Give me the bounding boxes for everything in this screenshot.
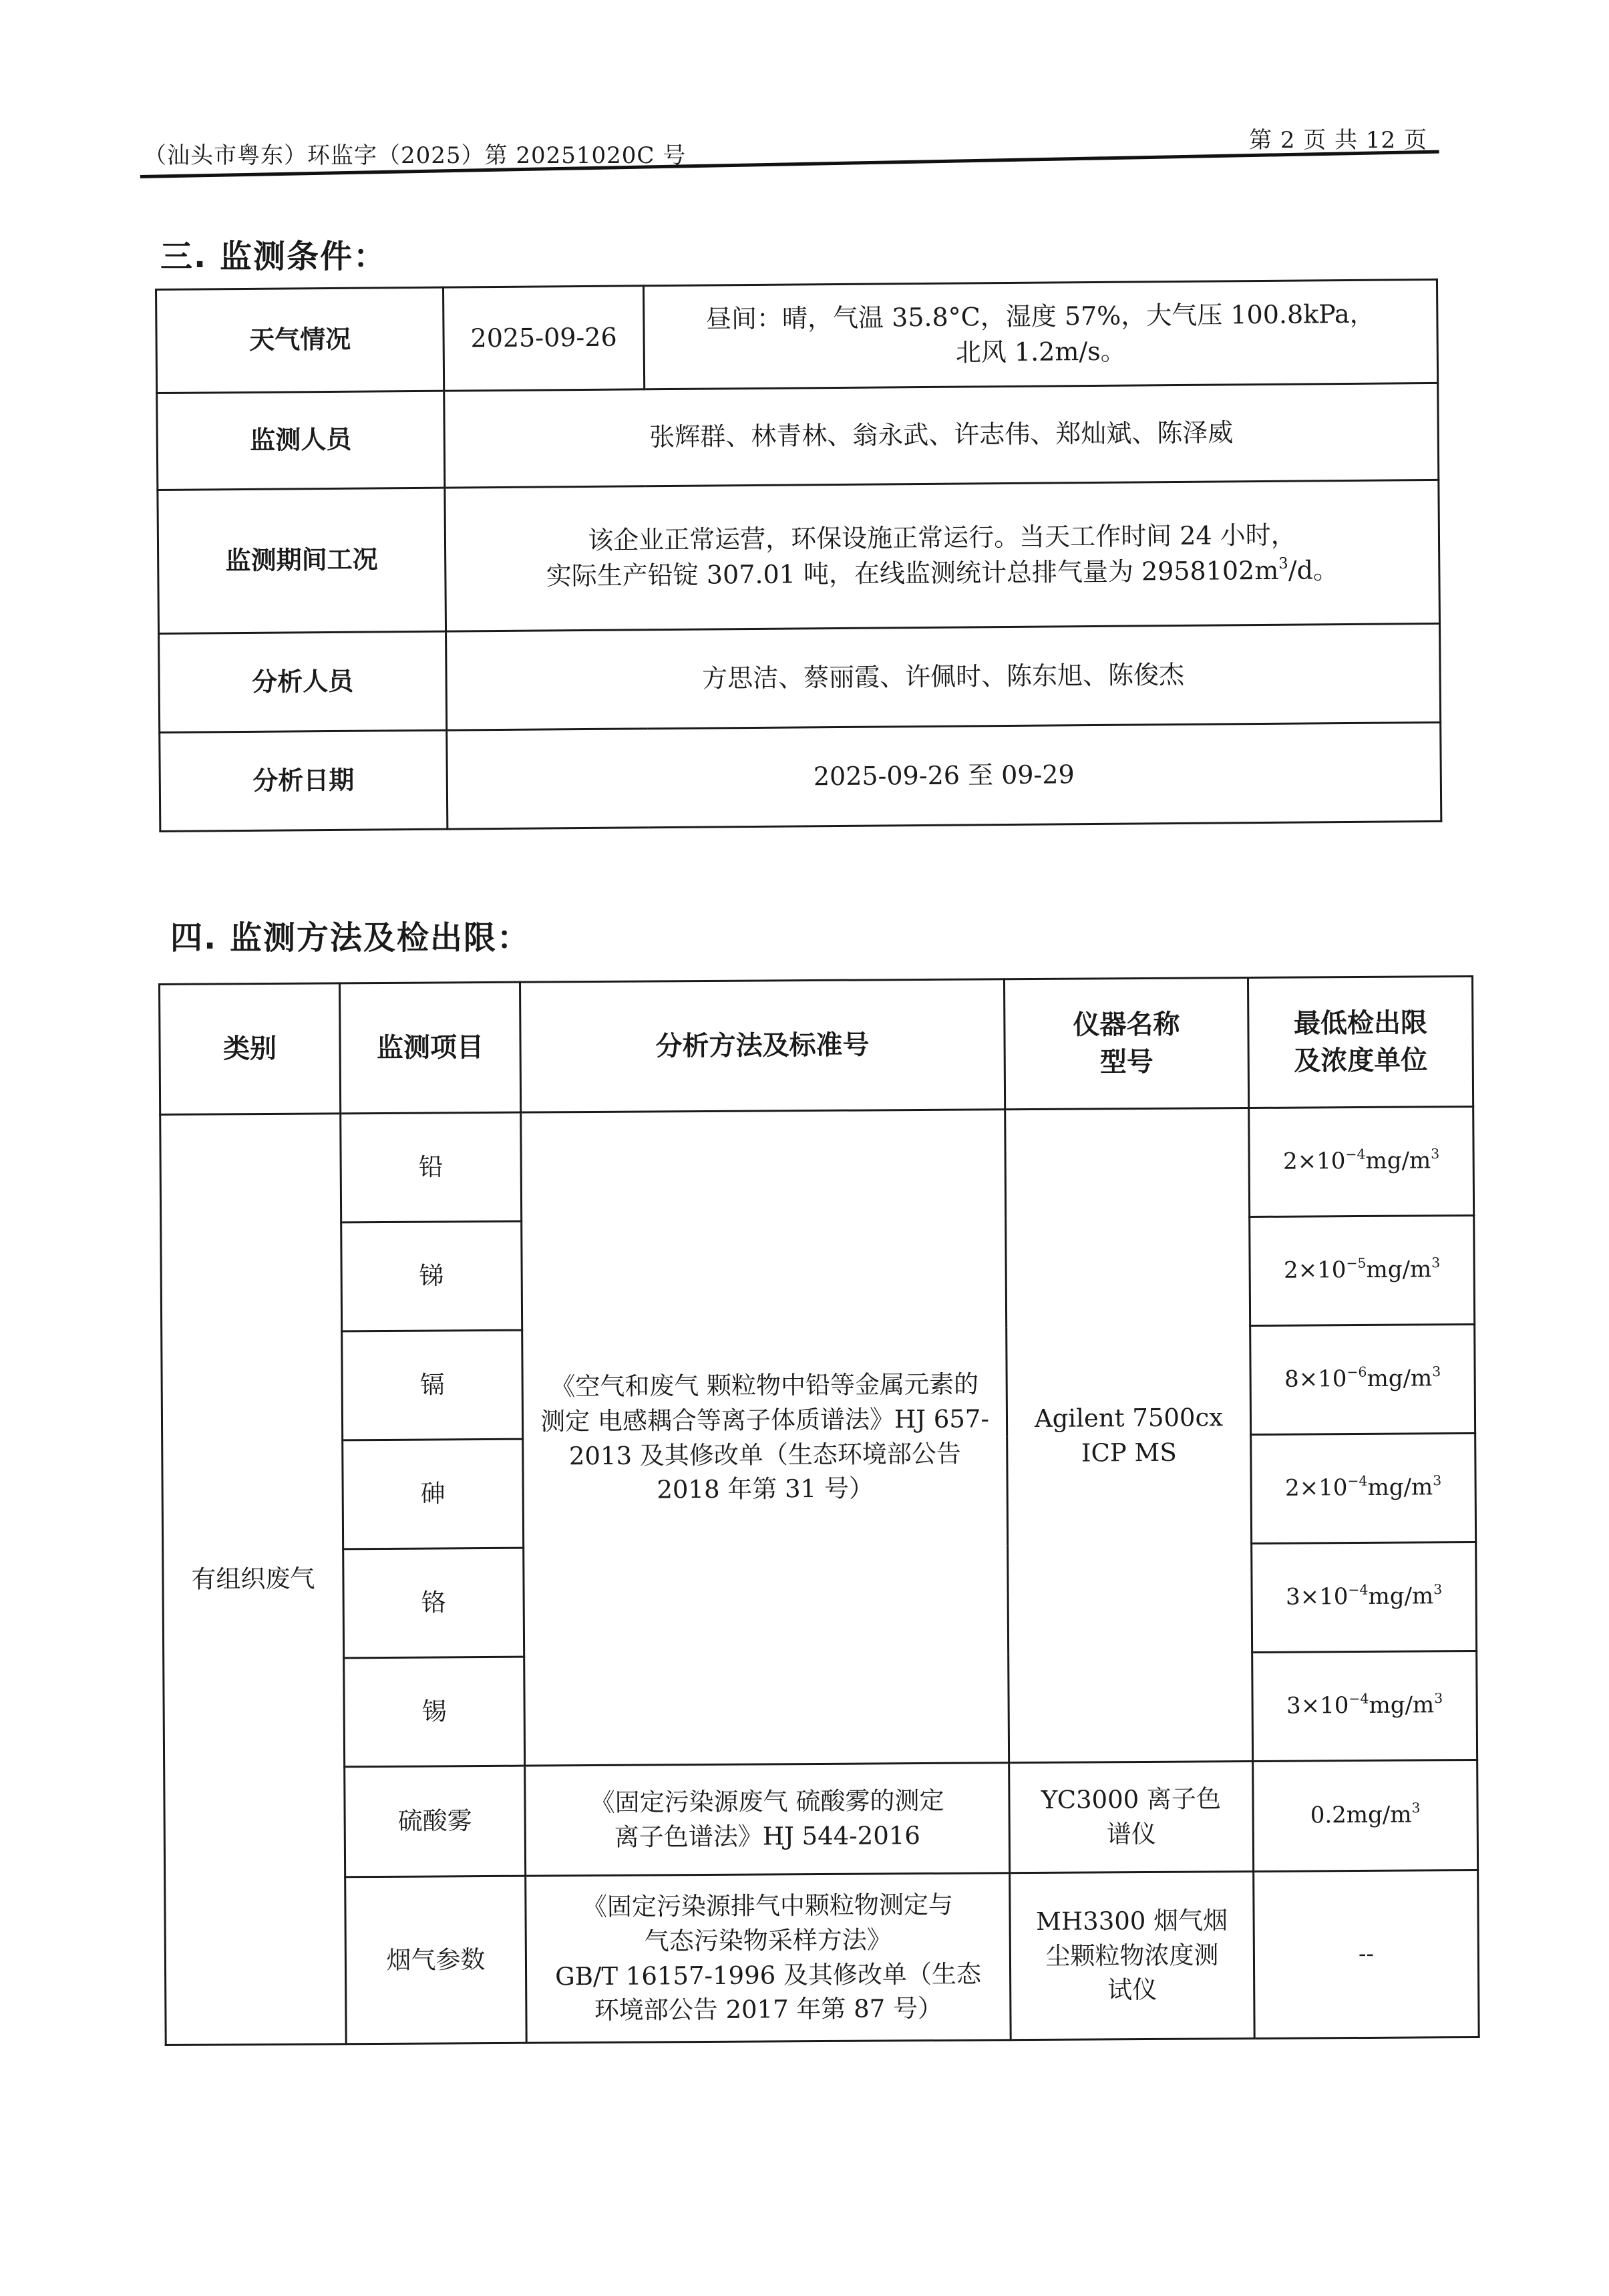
limit-cell: 2×10−4mg/m3	[1251, 1433, 1476, 1543]
header-method: 分析方法及标准号	[520, 979, 1005, 1112]
limit-exponent: −4	[1345, 1146, 1365, 1162]
operating-conditions-text: 该企业正常运营，环保设施正常运行。当天工作时间 24 小时， 实际生产铅锭 30…	[445, 480, 1440, 631]
sulfuric-method-cell: 《固定污染源废气 硫酸雾的测定 离子色谱法》HJ 544-2016	[525, 1763, 1010, 1876]
limit-cell: --	[1254, 1870, 1479, 2038]
method-line-1: 《固定污染源废气 硫酸雾的测定	[535, 1784, 999, 1821]
limit-exponent: −4	[1349, 1691, 1369, 1707]
method-line-1: 《固定污染源排气中颗粒物测定与	[536, 1887, 999, 1925]
analysis-staff-label: 分析人员	[159, 631, 447, 732]
header-limit-line-1: 最低检出限	[1258, 1004, 1462, 1043]
item-cell: 锑	[341, 1221, 522, 1331]
instrument-line-2: 谱仪	[1020, 1816, 1243, 1852]
instrument-line-1: YC3000 离子色	[1019, 1782, 1242, 1818]
category-cell: 有组织废气	[160, 1114, 347, 2045]
instrument-line-1: MH3300 烟气烟	[1020, 1903, 1243, 1939]
limit-coef: 2×10	[1284, 1257, 1347, 1284]
method-line-3: GB/T 16157-1996 及其修改单（生态	[536, 1957, 1000, 1994]
operating-line-2-text: 实际生产铅锭 307.01 吨，在线监测统计总排气量为 2958102m	[546, 556, 1279, 591]
limit-exponent: −6	[1347, 1364, 1367, 1380]
limit-unit: mg/m	[1368, 1583, 1433, 1611]
limit-exponent: −4	[1348, 1582, 1368, 1598]
header-limit-line-2: 及浓度单位	[1259, 1041, 1463, 1080]
table-row-flue-gas-parameters: 烟气参数 《固定污染源排气中颗粒物测定与 气态污染物采样方法》 GB/T 161…	[165, 1870, 1479, 2045]
unit-superscript: 3	[1434, 1690, 1443, 1706]
header-category: 类别	[160, 983, 341, 1115]
page-indicator: 第 2 页 共 12 页	[1249, 122, 1427, 154]
operating-line-2: 实际生产铅锭 307.01 吨，在线监测统计总排气量为 2958102m3/d。	[456, 552, 1429, 595]
limit-unit: mg/m	[1365, 1148, 1431, 1175]
item-cell: 铅	[341, 1112, 522, 1222]
sulfuric-instrument-cell: YC3000 离子色 谱仪	[1009, 1762, 1254, 1873]
limit-unit: mg/m	[1366, 1257, 1431, 1284]
limit-unit: mg/m	[1367, 1474, 1433, 1502]
limit-coef: 2×10	[1285, 1474, 1348, 1502]
unit-superscript: 3	[1432, 1363, 1441, 1379]
item-cell: 铬	[343, 1548, 524, 1658]
analysis-date-value: 2025-09-26 至 09-29	[447, 722, 1441, 829]
limit-coef: 8×10	[1284, 1365, 1347, 1393]
operating-conditions-label: 监测期间工况	[158, 488, 446, 633]
table-row-analysis-date: 分析日期 2025-09-26 至 09-29	[160, 722, 1441, 831]
header-instrument-line-2: 型号	[1015, 1043, 1238, 1082]
weather-date: 2025-09-26	[443, 286, 644, 391]
item-cell: 烟气参数	[345, 1876, 527, 2044]
document-number: （汕头市粤东）环监字（2025）第 20251020C 号	[144, 137, 686, 170]
item-cell: 镉	[342, 1330, 523, 1440]
metals-instrument-cell: Agilent 7500cx ICP MS	[1005, 1108, 1253, 1763]
limit-cell: 3×10−4mg/m3	[1252, 1542, 1477, 1652]
item-cell: 硫酸雾	[345, 1766, 526, 1877]
weather-line-2: 北风 1.2m/s。	[655, 331, 1427, 373]
monitoring-staff-label: 监测人员	[157, 391, 445, 490]
header-instrument-line-1: 仪器名称	[1015, 1005, 1238, 1044]
limit-coef: 2×10	[1283, 1148, 1346, 1175]
limit-cell: 8×10−6mg/m3	[1250, 1324, 1475, 1434]
table-header-row: 类别 监测项目 分析方法及标准号 仪器名称 型号 最低检出限 及浓度单位	[160, 976, 1473, 1114]
table-row-analysis-staff: 分析人员 方思洁、蔡丽霞、许佩时、陈东旭、陈俊杰	[159, 623, 1441, 732]
limit-exponent: −4	[1347, 1473, 1367, 1489]
weather-details: 昼间：晴，气温 35.8°C，湿度 57%，大气压 100.8kPa， 北风 1…	[643, 279, 1437, 389]
instrument-name: Agilent 7500cx	[1017, 1400, 1240, 1436]
flue-method-cell: 《固定污染源排气中颗粒物测定与 气态污染物采样方法》 GB/T 16157-19…	[526, 1873, 1011, 2043]
limit-cell: 2×10−4mg/m3	[1249, 1106, 1474, 1216]
report-page: （汕头市粤东）环监字（2025）第 20251020C 号 第 2 页 共 12…	[0, 0, 1609, 2296]
unit-superscript: 3	[1431, 1146, 1439, 1162]
limit-cell: 3×10−4mg/m3	[1252, 1651, 1477, 1761]
unit-superscript: 3	[1278, 555, 1288, 572]
method-line-2: 离子色谱法》HJ 544-2016	[536, 1818, 999, 1855]
limit-cell: 2×10−5mg/m3	[1250, 1215, 1475, 1325]
table-row-monitoring-staff: 监测人员 张辉群、林青林、翁永武、许志伟、郑灿斌、陈泽威	[157, 383, 1439, 490]
monitoring-conditions-table: 天气情况 2025-09-26 昼间：晴，气温 35.8°C，湿度 57%，大气…	[155, 279, 1442, 832]
instrument-line-2: 尘颗粒物浓度测	[1021, 1938, 1244, 1974]
header-limit: 最低检出限 及浓度单位	[1248, 976, 1473, 1108]
unit-superscript: 3	[1431, 1255, 1440, 1271]
limit-exponent: −5	[1346, 1255, 1366, 1271]
unit-superscript: 3	[1433, 1581, 1442, 1597]
limit-coef: 3×10	[1286, 1692, 1349, 1719]
limit-value: 0.2mg/m	[1310, 1802, 1412, 1829]
unit-superscript: 3	[1433, 1472, 1441, 1488]
method-line-2: 气态污染物采样方法》	[536, 1922, 1000, 1959]
analysis-staff-names: 方思洁、蔡丽霞、许佩时、陈东旭、陈俊杰	[446, 623, 1441, 730]
table-row-sulfuric-acid-mist: 硫酸雾 《固定污染源废气 硫酸雾的测定 离子色谱法》HJ 544-2016 YC…	[164, 1760, 1478, 1878]
header-instrument: 仪器名称 型号	[1004, 978, 1248, 1110]
item-cell: 砷	[343, 1439, 524, 1549]
unit-superscript: 3	[1411, 1800, 1420, 1816]
weather-line-1: 昼间：晴，气温 35.8°C，湿度 57%，大气压 100.8kPa，	[654, 296, 1427, 337]
methods-limits-table: 类别 监测项目 分析方法及标准号 仪器名称 型号 最低检出限 及浓度单位 有组织…	[158, 975, 1480, 2046]
instrument-line-3: 试仪	[1021, 1972, 1244, 2008]
monitoring-staff-names: 张辉群、林青林、翁永武、许志伟、郑灿斌、陈泽威	[444, 383, 1439, 488]
limit-unit: mg/m	[1369, 1692, 1434, 1719]
table-row-weather: 天气情况 2025-09-26 昼间：晴，气温 35.8°C，湿度 57%，大气…	[156, 279, 1438, 393]
operating-line-2-suffix: /d。	[1288, 555, 1338, 585]
item-cell: 锡	[344, 1657, 525, 1767]
weather-label: 天气情况	[156, 287, 444, 393]
limit-coef: 3×10	[1286, 1583, 1349, 1611]
flue-instrument-cell: MH3300 烟气烟 尘颗粒物浓度测 试仪	[1010, 1872, 1255, 2040]
table-row-operating-conditions: 监测期间工况 该企业正常运营，环保设施正常运行。当天工作时间 24 小时， 实际…	[158, 480, 1440, 633]
limit-unit: mg/m	[1367, 1365, 1432, 1393]
instrument-model: ICP MS	[1017, 1435, 1240, 1471]
metals-method-cell: 《空气和废气 颗粒物中铅等金属元素的测定 电感耦合等离子体质谱法》HJ 657-…	[521, 1110, 1009, 1766]
limit-cell: 0.2mg/m3	[1253, 1760, 1478, 1871]
header-item: 监测项目	[340, 982, 521, 1114]
table-row-metal: 有组织废气 铅 《空气和废气 颗粒物中铅等金属元素的测定 电感耦合等离子体质谱法…	[160, 1106, 1474, 1223]
analysis-date-label: 分析日期	[160, 730, 448, 831]
section-title-monitoring-conditions: 三. 监测条件：	[160, 230, 387, 277]
section-title-methods-and-limits: 四. 监测方法及检出限：	[170, 912, 530, 958]
method-line-4: 环境部公告 2017 年第 87 号）	[536, 1991, 1000, 2029]
